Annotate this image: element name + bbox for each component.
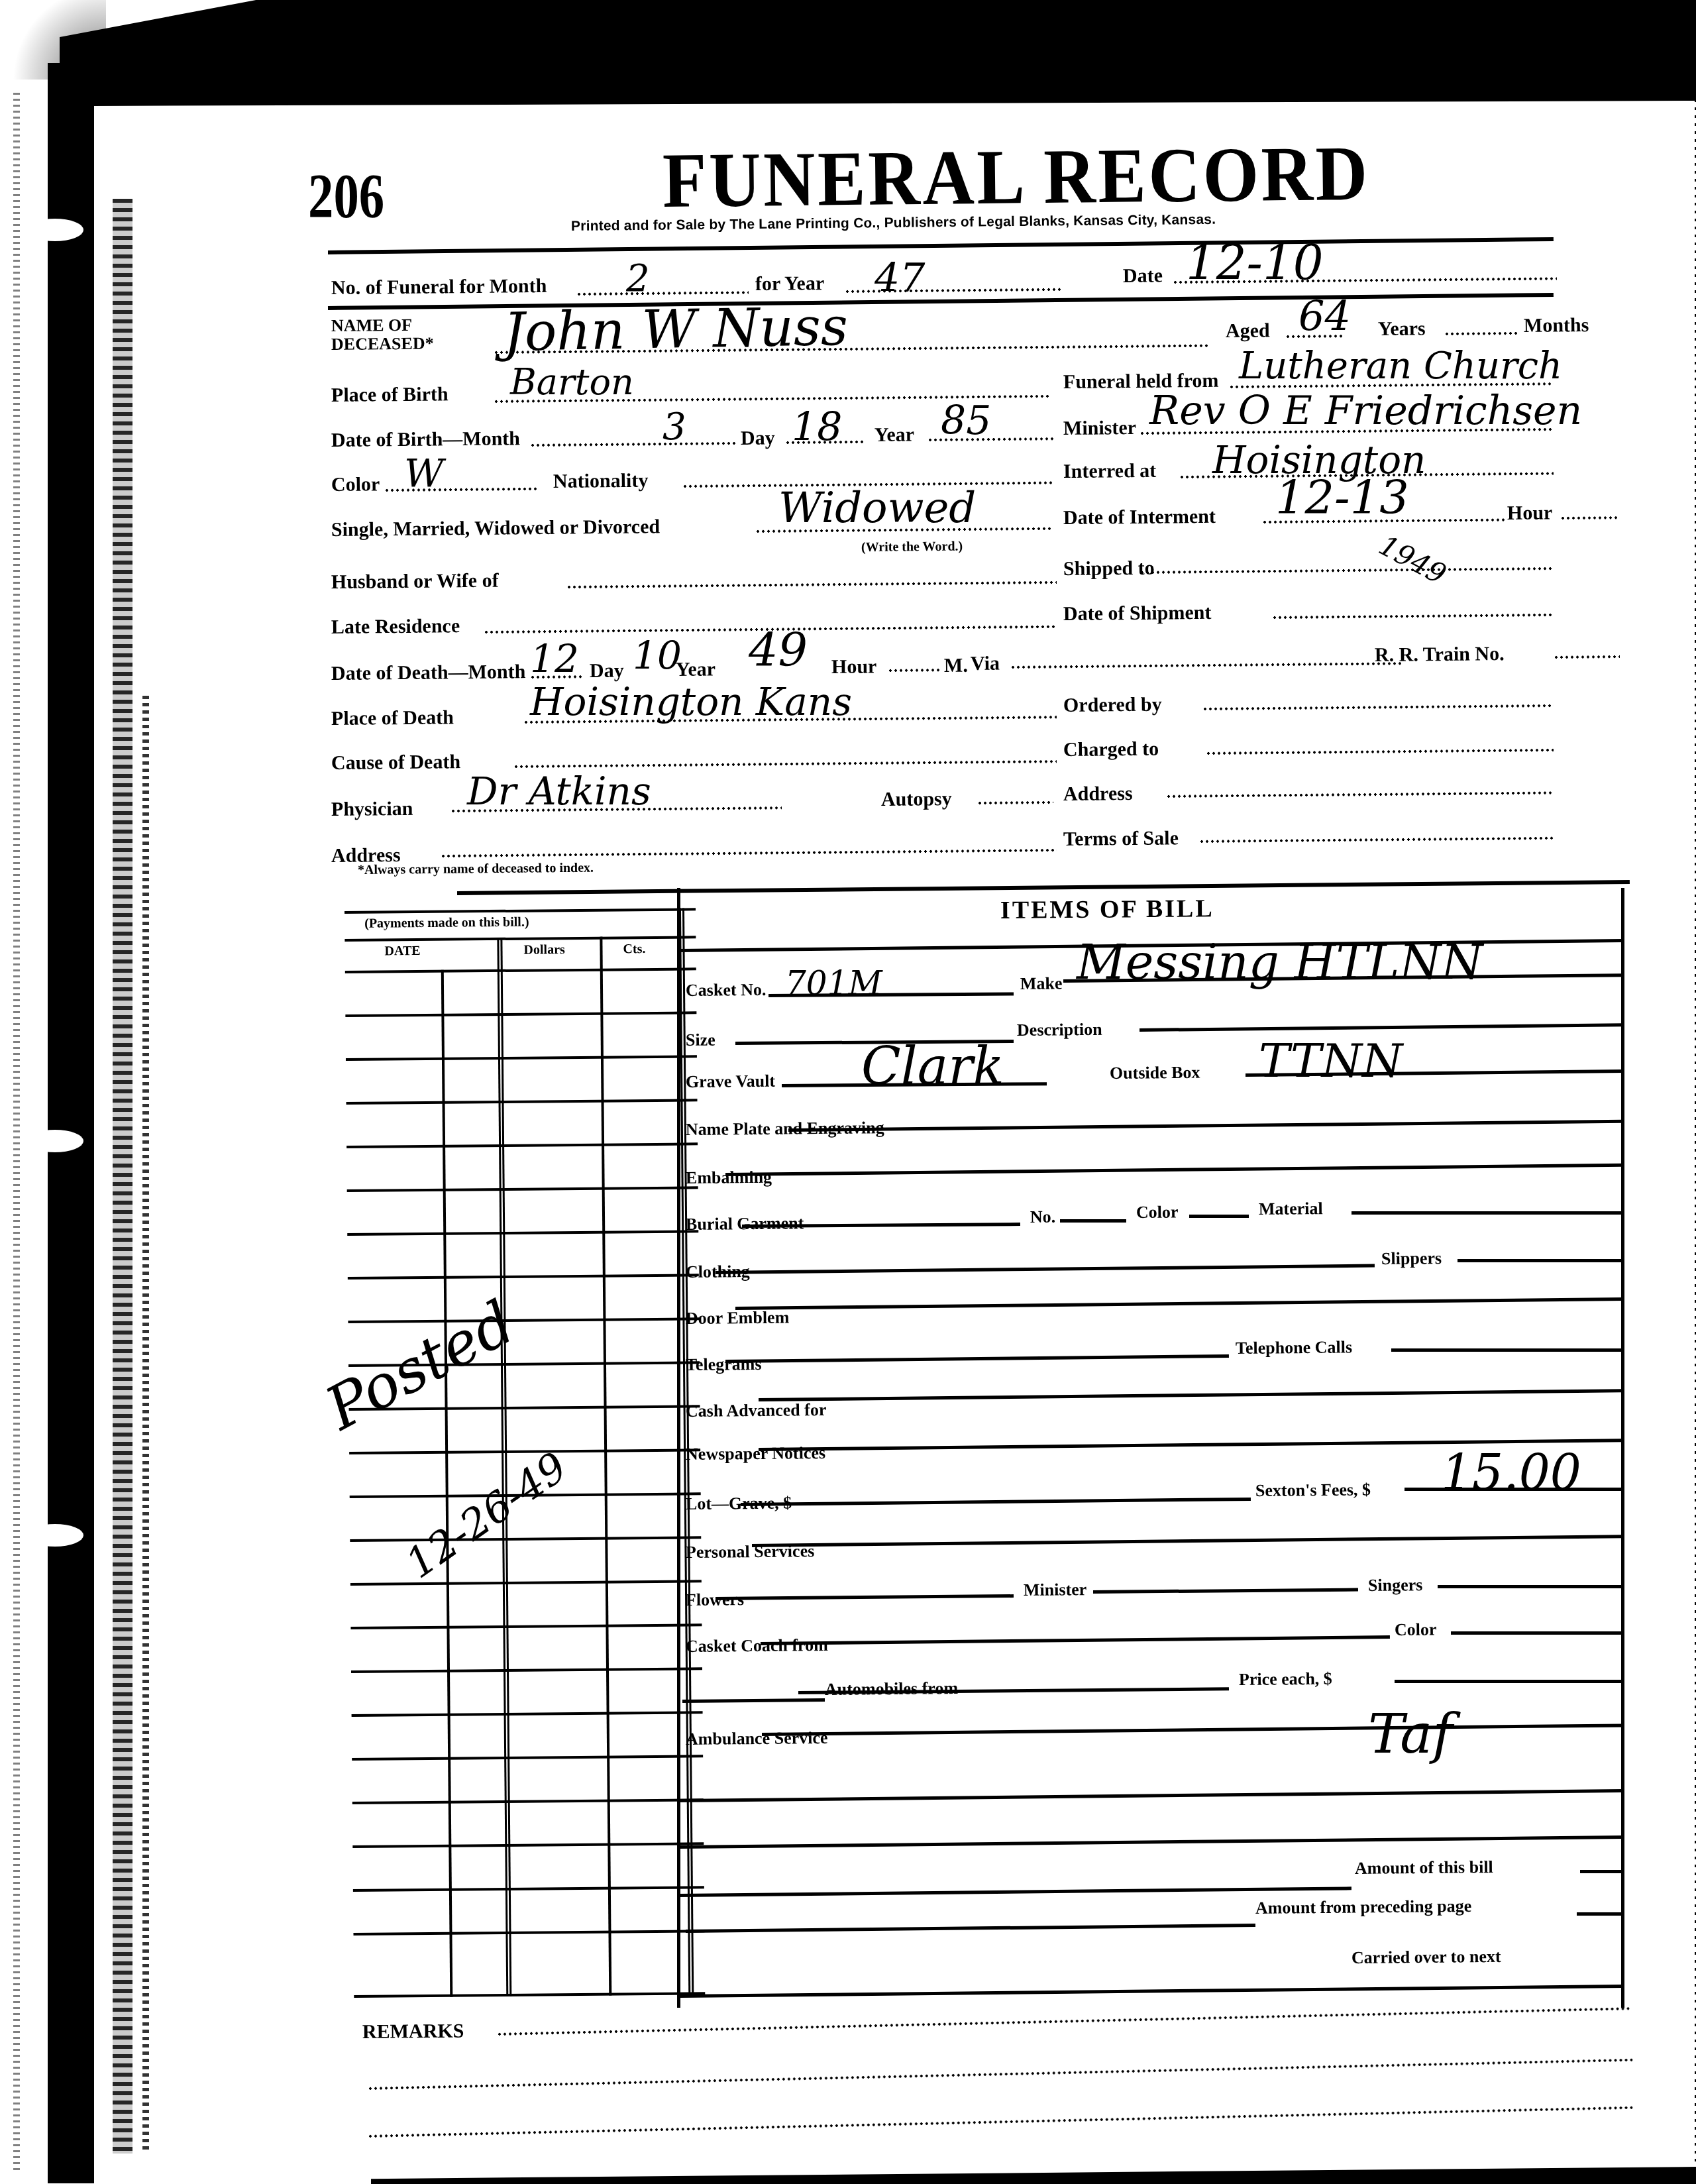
slippers-label: Slippers xyxy=(1381,1248,1442,1269)
dob-year-value[interactable]: 85 xyxy=(941,398,991,444)
dod-m-label: M. xyxy=(944,655,968,677)
color-value[interactable]: W xyxy=(404,451,444,496)
hour-line xyxy=(1560,516,1620,519)
amount-bill-label: Amount of this bill xyxy=(1355,1857,1493,1879)
burial-color-line xyxy=(1189,1215,1249,1218)
material-label: Material xyxy=(1259,1199,1323,1219)
singers-label: Singers xyxy=(1368,1575,1423,1596)
services-minister-label: Minister xyxy=(1024,1580,1087,1600)
dod-hour-line xyxy=(888,669,941,672)
funeral-no-label: No. of Funeral for Month xyxy=(331,275,547,300)
ptable-row xyxy=(346,1055,697,1061)
for-year-label: for Year xyxy=(755,272,824,296)
ptable-row xyxy=(352,1755,703,1761)
items-title: ITEMS OF BILL xyxy=(1000,894,1214,925)
physician-label: Physician xyxy=(331,798,413,821)
ambulance-label: Ambulance Service xyxy=(686,1728,828,1749)
dod-month-value[interactable]: 12 xyxy=(530,636,579,681)
ptable-row xyxy=(353,1930,704,1936)
telegrams-label: Telegrams xyxy=(686,1354,762,1375)
charged-line xyxy=(1206,749,1554,755)
cause-of-death-line xyxy=(513,760,1057,768)
physician-value[interactable]: Dr Atkins xyxy=(467,769,651,814)
train-line xyxy=(1554,655,1620,659)
cash-advanced-label: Cash Advanced for xyxy=(686,1400,827,1421)
funeral-no-value[interactable]: 2 xyxy=(626,257,650,300)
header-rule-top xyxy=(328,237,1554,254)
place-of-birth-value[interactable]: Barton xyxy=(510,361,634,403)
autopsy-label: Autopsy xyxy=(881,788,952,811)
ptable-top xyxy=(344,908,696,914)
automobiles-label: Automobiles from xyxy=(825,1678,958,1700)
casket-no-value[interactable]: 701M xyxy=(785,964,882,1003)
months-label: Months xyxy=(1524,314,1589,337)
ptable-row xyxy=(352,1798,704,1804)
minister-value[interactable]: Rev O E Friedrichsen xyxy=(1149,388,1582,434)
place-of-death-value[interactable]: Hoisington Kans xyxy=(530,679,852,724)
ptable-row xyxy=(352,1711,703,1717)
year-note[interactable]: 1949 xyxy=(1373,529,1451,590)
spouse-label: Husband or Wife of xyxy=(331,570,499,594)
place-of-death-label: Place of Death xyxy=(331,706,454,730)
col-dollars: Dollars xyxy=(523,942,564,958)
shipment-date-line xyxy=(1272,614,1554,619)
name-label-2: DECEASED* xyxy=(331,334,434,355)
door-emblem-label: Door Emblem xyxy=(686,1308,790,1329)
interment-date-value[interactable]: 12-13 xyxy=(1275,470,1409,525)
telephone-label: Telephone Calls xyxy=(1236,1337,1352,1358)
ptable-header-bottom xyxy=(345,967,696,973)
scan-bottom-shadow xyxy=(371,2167,1696,2184)
material-line xyxy=(1351,1211,1623,1215)
page-edge-stain xyxy=(113,199,132,2154)
spouse-line xyxy=(566,581,1057,588)
ptable-header-rule xyxy=(344,936,696,942)
page-number: 206 xyxy=(308,159,384,233)
coach-color-line xyxy=(1451,1631,1623,1635)
carried-over-label: Carried over to next xyxy=(1351,1947,1501,1968)
casket-no-label: Casket No. xyxy=(686,980,767,1001)
ptable-row xyxy=(348,1274,699,1280)
name-label-1: NAME OF xyxy=(331,315,412,336)
binder-hole-2 xyxy=(26,1130,83,1152)
marital-hint: (Write the Word.) xyxy=(861,539,963,555)
grave-vault-label: Grave Vault xyxy=(686,1071,775,1092)
minister-label: Minister xyxy=(1063,417,1136,440)
funeral-no-line xyxy=(576,292,749,296)
shipped-line xyxy=(1139,567,1554,574)
train-label: R. R. Train No. xyxy=(1375,643,1505,667)
charged-label: Charged to xyxy=(1063,738,1159,761)
binder-spine-shadow xyxy=(48,63,94,2183)
for-year-value[interactable]: 47 xyxy=(874,255,925,301)
dob-year-label: Year xyxy=(874,423,914,447)
remarks-line-2[interactable] xyxy=(368,2059,1633,2090)
cause-of-death-label: Cause of Death xyxy=(331,751,460,775)
shipped-label: Shipped to xyxy=(1063,557,1155,580)
make-label: Make xyxy=(1020,973,1063,994)
terms-line xyxy=(1199,837,1554,843)
nationality-label: Nationality xyxy=(553,470,649,493)
grave-vault-value[interactable]: Clark xyxy=(861,1037,1004,1097)
dob-month-value[interactable]: 3 xyxy=(662,406,686,449)
right-address-line xyxy=(1166,791,1554,798)
col-cents: Cts. xyxy=(623,942,645,957)
ptable-row xyxy=(350,1623,702,1629)
ptable-row xyxy=(350,1536,701,1542)
outside-box-label: Outside Box xyxy=(1110,1063,1200,1083)
name-value[interactable]: John W Nuss xyxy=(503,296,849,363)
singers-line xyxy=(1438,1585,1623,1588)
dob-month-line xyxy=(530,442,735,447)
ptable-row xyxy=(349,1448,700,1454)
dod-day-value[interactable]: 10 xyxy=(633,633,682,678)
embalming-label: Embalming xyxy=(686,1168,772,1188)
amount-preceding-line xyxy=(1577,1912,1623,1916)
shipment-date-label: Date of Shipment xyxy=(1063,602,1212,626)
telephone-line xyxy=(1391,1348,1623,1352)
outside-box-value[interactable]: TTNN xyxy=(1259,1034,1403,1088)
price-each-line xyxy=(1395,1680,1623,1683)
payments-caption: (Payments made on this bill.) xyxy=(364,915,529,932)
ptable-row xyxy=(346,1099,698,1105)
dob-month-label: Date of Birth—Month xyxy=(331,427,520,452)
address-line xyxy=(441,849,1057,857)
index-note: *Always carry name of deceased to index. xyxy=(358,861,594,878)
hour-label: Hour xyxy=(1507,502,1553,525)
scan-top-shadow xyxy=(60,0,1696,106)
ptable-col-divider-1 xyxy=(441,970,453,1997)
payments-table: (Payments made on this bill.) DATE Dolla… xyxy=(344,908,705,1998)
page-edge-stain-2 xyxy=(142,696,149,2154)
terms-label: Terms of Sale xyxy=(1063,827,1179,851)
ptable-row xyxy=(347,1230,698,1236)
years-label: Years xyxy=(1378,317,1426,341)
dod-year-value[interactable]: 49 xyxy=(749,623,808,677)
ptable-row xyxy=(345,1011,696,1017)
binder-hole-1 xyxy=(26,219,83,241)
via-label: Via xyxy=(971,653,1000,675)
amount-bill-line xyxy=(1580,1870,1623,1873)
sexton-label: Sexton's Fees, $ xyxy=(1255,1480,1371,1501)
form-title: FUNERAL RECORD xyxy=(662,129,1370,226)
col-date: DATE xyxy=(384,944,420,959)
place-of-birth-label: Place of Birth xyxy=(331,383,449,407)
burial-color-label: Color xyxy=(1136,1202,1179,1223)
remarks-line-3[interactable] xyxy=(368,2106,1633,2138)
ordered-line xyxy=(1202,704,1554,710)
ptable-row xyxy=(352,1842,704,1848)
marital-value[interactable]: Widowed xyxy=(778,484,976,533)
casket-coach-label: Casket Coach from xyxy=(686,1635,828,1657)
price-each-label: Price each, $ xyxy=(1239,1669,1332,1690)
aged-value[interactable]: 64 xyxy=(1298,292,1351,340)
date-value[interactable]: 12-10 xyxy=(1186,235,1324,291)
size-label: Size xyxy=(686,1030,715,1050)
color-label: Color xyxy=(331,473,380,496)
ptable-row xyxy=(351,1667,702,1673)
amount-preceding-label: Amount from preceding page xyxy=(1255,1896,1471,1918)
binder-edge-noise xyxy=(13,93,20,2173)
ptable-row xyxy=(346,1142,698,1148)
years-line xyxy=(1444,332,1517,335)
date-label: Date xyxy=(1123,264,1163,288)
binder-hole-3 xyxy=(26,1524,83,1547)
via-line xyxy=(1010,662,1401,669)
coach-color-label: Color xyxy=(1395,1619,1437,1640)
autopsy-line xyxy=(977,801,1053,804)
dod-month-label: Date of Death—Month xyxy=(331,661,526,685)
remarks-label: REMARKS xyxy=(362,2020,464,2044)
ptable-row xyxy=(353,1886,704,1892)
burial-no-line xyxy=(1060,1219,1126,1223)
right-address-label: Address xyxy=(1063,783,1133,806)
aged-label: Aged xyxy=(1226,319,1270,343)
remarks-line-1[interactable] xyxy=(497,2007,1630,2036)
interred-label: Interred at xyxy=(1063,460,1157,483)
marital-label: Single, Married, Widowed or Divorced xyxy=(331,516,660,541)
initials[interactable]: Taf xyxy=(1368,1703,1453,1766)
ptable-row xyxy=(347,1186,698,1192)
description-label: Description xyxy=(1017,1020,1102,1040)
late-residence-label: Late Residence xyxy=(331,615,460,639)
dob-day-label: Day xyxy=(741,427,775,450)
ordered-label: Ordered by xyxy=(1063,694,1162,717)
ptable-col-divider-3 xyxy=(600,937,611,1996)
newspaper-label: Newspaper Notices xyxy=(686,1443,825,1464)
burial-no-label: No. xyxy=(1030,1207,1056,1227)
make-value[interactable]: Messing HTLNN xyxy=(1077,934,1483,990)
dod-year-label: Year xyxy=(676,658,715,681)
dod-hour-label: Hour xyxy=(831,655,877,679)
ptable-row xyxy=(350,1580,702,1586)
funeral-from-value[interactable]: Lutheran Church xyxy=(1239,345,1562,388)
dob-day-value[interactable]: 18 xyxy=(792,404,842,451)
interment-date-label: Date of Interment xyxy=(1063,506,1216,529)
ptable-col-divider-2 xyxy=(497,938,511,1996)
sexton-value[interactable]: 15.00 xyxy=(1441,1445,1581,1501)
ptable-bottom xyxy=(354,1992,705,1998)
ptable-row xyxy=(348,1317,699,1323)
slippers-line xyxy=(1457,1259,1623,1262)
